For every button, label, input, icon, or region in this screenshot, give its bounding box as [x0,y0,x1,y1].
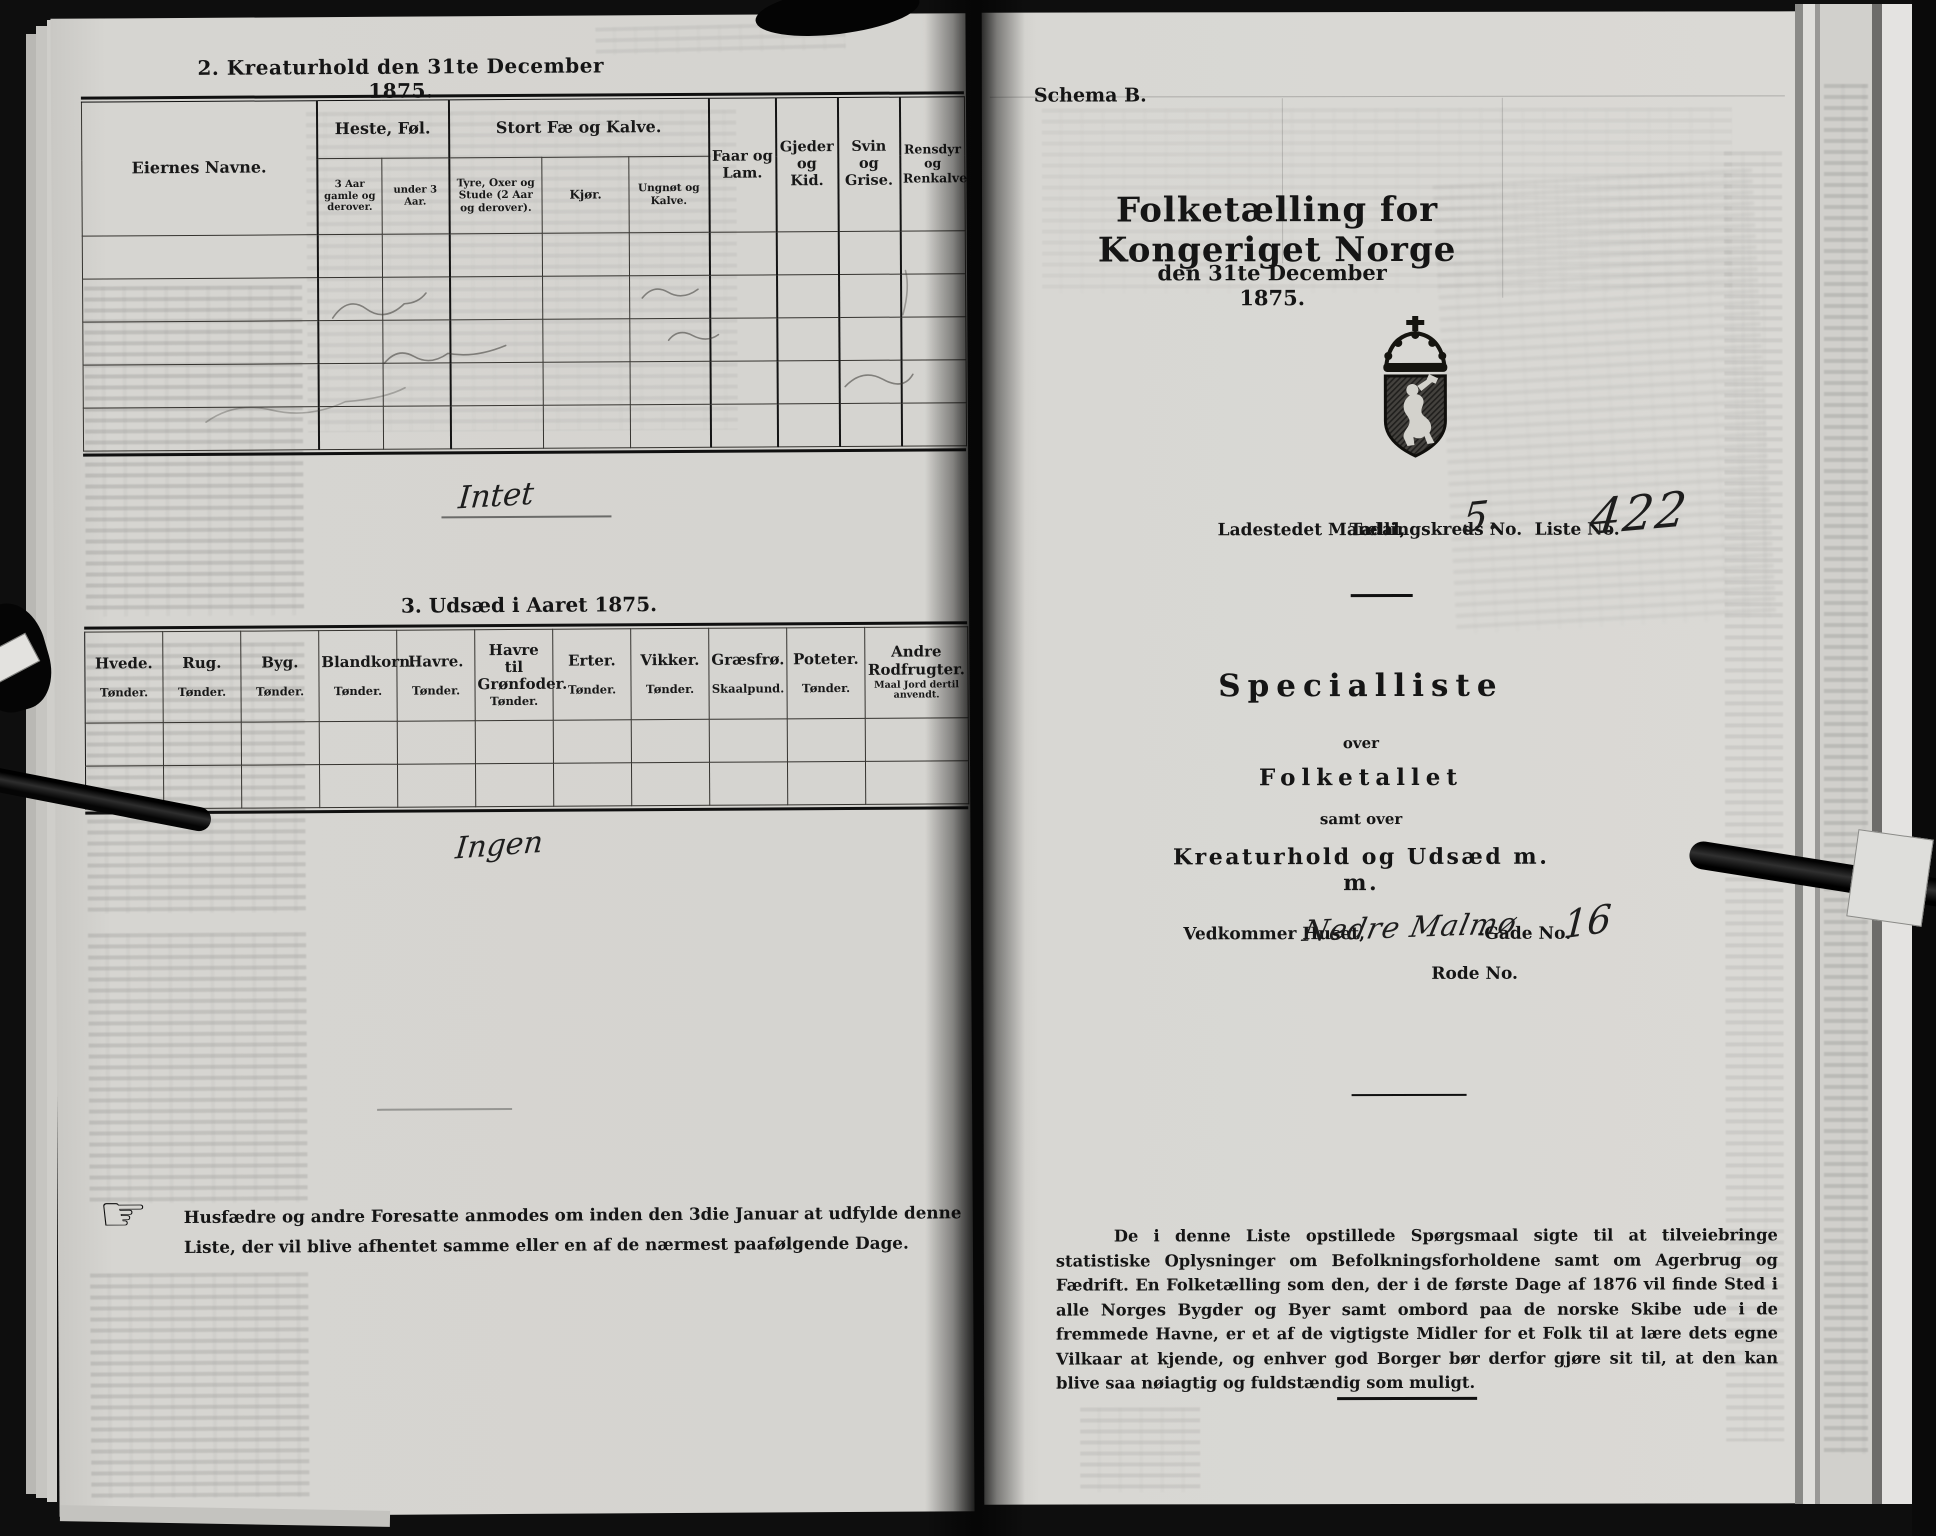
book-gutter [925,0,1025,1536]
empty-cell [839,360,901,403]
bleed-through-text [1824,84,1868,1454]
table-row [83,360,966,408]
empty-cell [450,405,543,449]
page-stack-edge [1872,4,1882,1504]
instruction-paragraph: De i denne Liste opstillede Spørgsmaal s… [1056,1223,1778,1396]
col-header-faar: Faar og Lam. [708,98,776,232]
empty-cell [776,231,838,274]
empty-cell [631,719,709,762]
udsaed-entry-handwriting: Ingen [454,825,545,867]
empty-cell [543,276,630,320]
table-row [82,231,965,279]
udsaed-col-havre: Havre.Tønder. [397,630,476,721]
empty-cell [475,720,553,763]
scan-border [1912,0,1936,1536]
empty-cell [709,232,776,275]
empty-cell [839,403,901,446]
col-header-ungnot: Ungnøt og Kalve. [629,156,709,232]
binder-strap-right [1846,829,1934,927]
norwegian-lion-crest-icon [1370,316,1460,466]
empty-cell [710,361,777,404]
udsaed-col-byg: Byg.Tønder. [241,631,320,722]
empty-cell [710,318,777,361]
empty-cell [543,319,630,363]
udsaed-table: Hvede.Tønder. Rug.Tønder. Byg.Tønder. Bl… [84,621,968,814]
empty-cell [318,277,383,320]
empty-cell [450,319,543,363]
empty-cell [630,318,710,361]
empty-cell [241,765,319,808]
right-page: Schema B. Folketælling for Kongeriget No… [982,11,1803,1504]
empty-cell [839,317,901,360]
empty-cell [383,320,450,363]
empty-cell [787,761,865,804]
book-scan: 2. Kreaturhold den 31te December 1875. E… [0,0,1936,1536]
col-group-heste: Heste, Føl. [316,100,448,159]
col-header-svin: Svin og Grise. [837,97,900,231]
faint-rule [377,1108,512,1110]
empty-cell [787,718,865,761]
udsaed-col-rug: Rug.Tønder. [163,631,242,722]
empty-cell [710,404,777,447]
col-header-heste-young: under 3 Aar. [382,158,449,234]
empty-cell [383,277,450,320]
page-stack-edge [26,34,36,1494]
census-title: Folketælling for Kongeriget Norge [1037,190,1517,271]
page-stack-edge [36,26,47,1498]
empty-cell [450,276,543,320]
empty-cell [83,407,318,451]
specialliste-title: Specialliste [1186,668,1536,705]
empty-cell [397,764,475,807]
empty-cell [318,363,383,406]
bleed-through-text [1080,1407,1200,1492]
page-stack-edge [1882,4,1912,1504]
bleed-through-text [90,1272,309,1498]
empty-cell [710,275,777,318]
empty-cell [82,235,317,279]
empty-cell [319,764,397,807]
empty-cell [83,321,318,365]
col-group-fae: Stort Fæ og Kalve. [448,98,708,158]
bottom-rule [1337,1397,1477,1400]
empty-cell [631,762,709,805]
empty-cell [543,405,630,449]
empty-cell [777,403,839,446]
left-page: 2. Kreaturhold den 31te December 1875. E… [50,13,974,1517]
empty-cell [630,361,710,404]
list-no-handwriting: 422 [1587,481,1691,547]
empty-cell [241,722,319,765]
rode-label: Rode No. [1431,964,1518,984]
house-no-handwriting: 16 [1562,896,1613,948]
table-row [85,761,968,809]
empty-cell [318,320,383,363]
empty-cell [553,763,631,806]
empty-cell [397,721,475,764]
empty-cell [709,719,787,762]
empty-cell [709,762,787,805]
udsaed-col-blandkorn: Blandkorn.Tønder. [319,630,398,721]
table-row [85,718,968,766]
specialliste-samt-over: samt over [1186,810,1536,829]
signature-rule [1352,1094,1467,1096]
col-header-tyre: Tyre, Oxer og Stude (2 Aar og derover). [449,157,542,234]
handwriting-underline [441,515,611,518]
empty-cell [475,763,553,806]
empty-cell [85,723,163,766]
empty-cell [382,234,449,277]
empty-cell [777,317,839,360]
bleed-through-text [88,932,308,1203]
empty-cell [553,720,631,763]
empty-cell [542,233,629,277]
footnote-hand-icon: ☞ [98,1186,148,1242]
page-stack-edge [1795,4,1803,1504]
gade-no-label: -Gade No. [1477,924,1571,944]
udsaed-col-poteter: Poteter.Tønder. [787,627,866,718]
census-subtitle: den 31te December 1875. [1122,260,1422,311]
col-header-kjor: Kjør. [542,157,629,234]
page-stack-edge-paper [1820,4,1872,1504]
col-header-heste-old: 3 Aar gamle og derover. [317,158,382,234]
empty-cell [318,406,383,449]
udsaed-col-hvede: Hvede.Tønder. [85,632,164,723]
empty-cell [450,362,543,406]
kreaturhold-table: Eiernes Navne. Heste, Føl. Stort Fæ og K… [81,91,966,456]
table-row [83,274,966,322]
table-row [83,403,966,451]
empty-cell [83,278,318,322]
empty-cell [839,274,901,317]
divider-rule [1351,594,1413,597]
district-no-handwriting: 5. [1460,491,1503,542]
empty-cell [317,234,382,277]
udsaed-col-vikker: Vikker.Tønder. [631,628,710,719]
empty-cell [163,722,241,765]
col-header-owner: Eiernes Navne. [81,101,317,236]
empty-cell [383,406,450,449]
specialliste-over: over [1186,734,1536,753]
udsaed-col-gronfoder: Havre til Grønfoder.Tønder. [475,629,554,720]
empty-cell [449,233,542,277]
page-stack-edge [1803,4,1815,1504]
footnote-text: Husfædre og andre Foresatte anmodes om i… [184,1197,975,1262]
empty-cell [319,721,397,764]
empty-cell [838,231,900,274]
specialliste-folketallet: Folketallet [1186,764,1536,792]
empty-cell [777,274,839,317]
empty-cell [83,364,318,408]
empty-cell [383,363,450,406]
empty-cell [630,404,710,447]
table-row [83,317,966,365]
col-header-gjeder: Gjeder og Kid. [775,98,838,232]
udsaed-title: 3. Udsæd i Aaret 1875. [329,592,729,618]
empty-cell [543,362,630,406]
kreaturhold-entry-handwriting: Intet [457,476,535,517]
empty-cell [630,275,710,318]
schema-label: Schema B. [1034,84,1147,106]
specialliste-kreaturhold: Kreaturhold og Udsæd m. m. [1171,844,1551,897]
udsaed-col-graesfro: Græsfrø.Skaalpund. [709,628,788,719]
empty-cell [629,232,709,275]
empty-cell [777,360,839,403]
